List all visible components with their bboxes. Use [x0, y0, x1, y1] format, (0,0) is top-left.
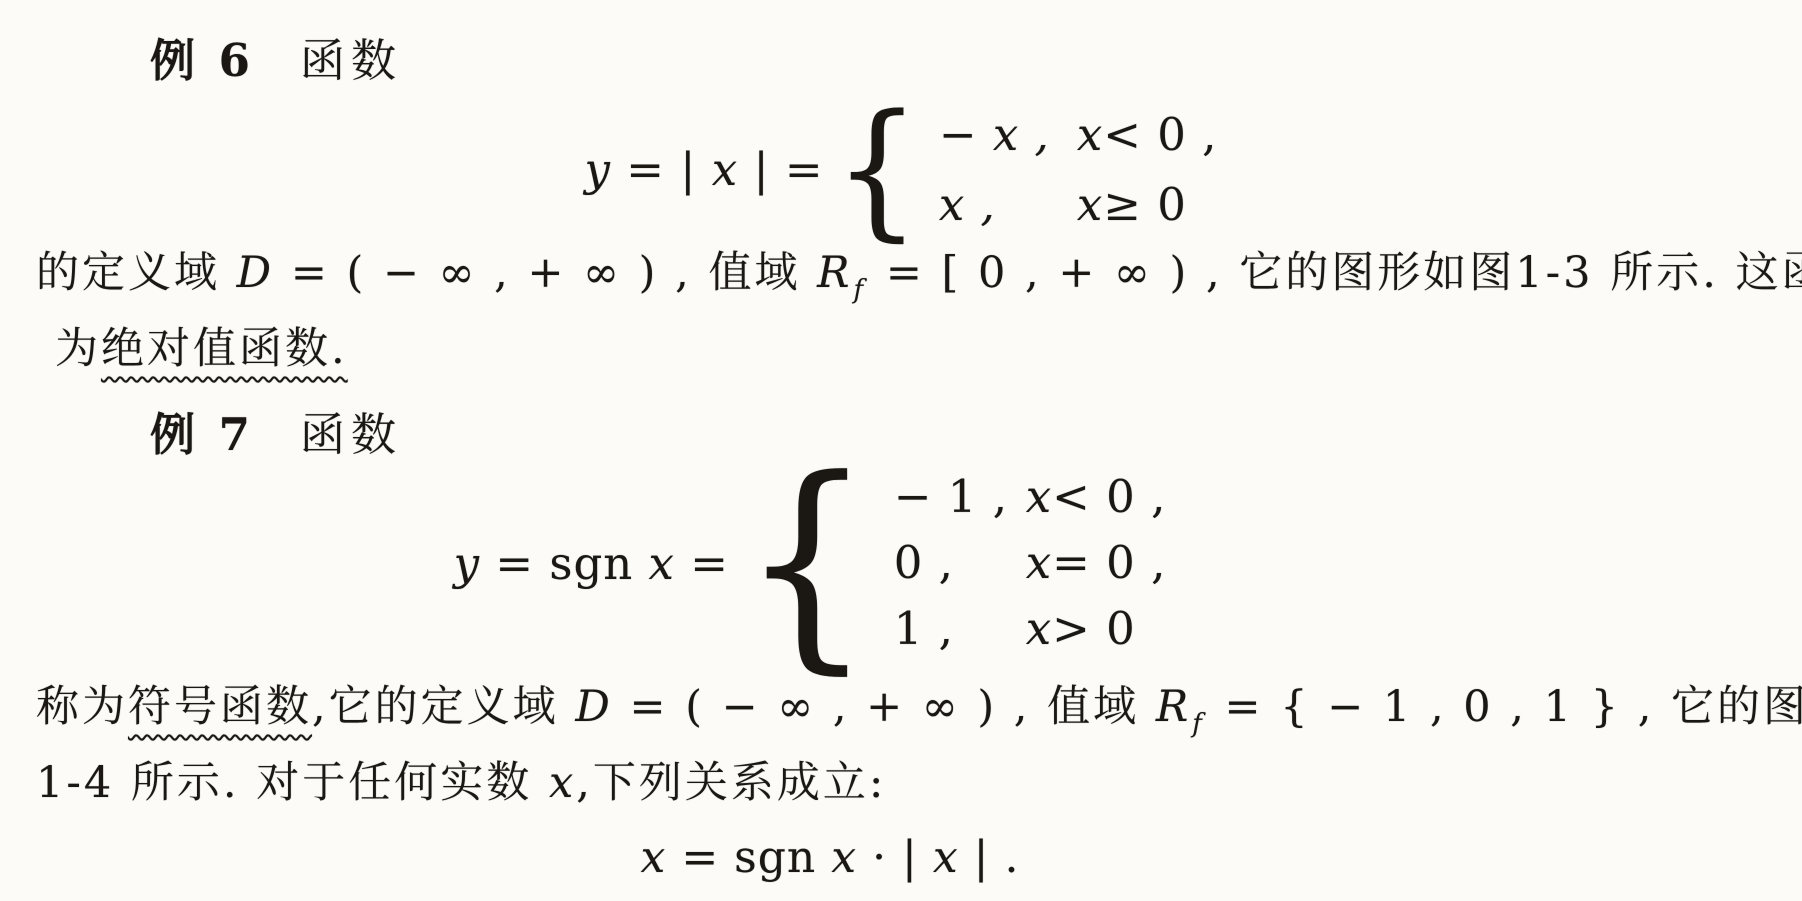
operator: =	[666, 832, 734, 883]
operator: | =	[738, 143, 823, 196]
formula2-cases: − 1 ,x < 0 , 0 ,x = 0 , 1 ,x > 0	[894, 464, 1167, 662]
operator: =	[675, 537, 729, 590]
text-segment: ,下列关系成立:	[576, 758, 886, 808]
case-row: 1 ,x > 0	[894, 596, 1167, 662]
paragraph-sign-function: 称为符号函数,它的定义域 D = ( − ∞ , + ∞ ) , 值域 Rf =…	[36, 686, 1802, 737]
case-condition: ≥ 0	[1103, 170, 1187, 240]
formula1-cases: − x ,x < 0 , x ,x ≥ 0	[939, 100, 1218, 240]
math-segment: = { − 1 , 0 , 1 } ,	[1208, 682, 1671, 732]
math-segment: = ( − ∞ , + ∞ ) ,	[274, 248, 708, 298]
text-segment: 它的图形如图1-3 所示. 这函数称	[1239, 248, 1802, 298]
var-D: D	[575, 682, 612, 732]
text-segment: 它的图形如图	[1671, 682, 1802, 732]
example6-word: 函数	[300, 34, 402, 87]
left-brace: {	[741, 473, 874, 654]
text-segment: 值域	[708, 248, 817, 298]
operator: = |	[611, 143, 712, 196]
text-segment: ,它的定义域	[312, 682, 575, 732]
case-condition-var: x	[1077, 100, 1103, 170]
operator: =	[480, 537, 549, 590]
left-brace: {	[833, 110, 921, 228]
example7-label: 例 7	[150, 408, 254, 461]
var-R: R	[1156, 682, 1191, 732]
case-value: x ,	[939, 170, 1077, 240]
subscript-f: f	[854, 275, 867, 305]
case-value: 0 ,	[894, 530, 1026, 596]
line-absolute-value-name: 为绝对值函数.	[55, 328, 348, 371]
case-condition-var: x	[1077, 170, 1103, 240]
textbook-page: 例 6函数 y = | x | = { − x ,x < 0 , x ,x ≥ …	[0, 0, 1802, 901]
formula1-lhs: y = | x | =	[585, 143, 824, 196]
operator: | .	[959, 832, 1020, 883]
case-condition-var: x	[1026, 464, 1052, 530]
text-segment: 所示. 对于任何实数	[131, 758, 549, 808]
case-row: x ,x ≥ 0	[939, 170, 1218, 240]
var-x: x	[649, 537, 675, 590]
var-y: y	[454, 537, 480, 590]
text-segment: 值域	[1047, 682, 1156, 732]
case-value: − 1 ,	[894, 464, 1026, 530]
math-segment: = ( − ∞ , + ∞ ) ,	[613, 682, 1047, 732]
example6-heading: 例 6函数	[150, 24, 402, 89]
sgn-function-name: sgn	[734, 832, 831, 883]
var-x: x	[933, 832, 959, 883]
text-segment: 的定义域	[36, 248, 237, 298]
case-row: − x ,x < 0 ,	[939, 100, 1218, 170]
sign-function-formula: y = sgn x = { − 1 ,x < 0 , 0 ,x = 0 , 1 …	[0, 458, 1620, 668]
line-figure-1-4: 1-4 所示. 对于任何实数 x,下列关系成立:	[36, 762, 886, 805]
subscript-f: f	[1192, 709, 1205, 739]
case-condition: = 0 ,	[1052, 530, 1166, 596]
sgn-function-name: sgn	[549, 537, 648, 590]
text-segment: 称为	[36, 682, 128, 732]
var-x: x	[712, 143, 738, 196]
case-row: − 1 ,x < 0 ,	[894, 464, 1167, 530]
figure-number: 1-4	[36, 758, 131, 808]
text-segment: 为	[55, 324, 101, 374]
var-x: x	[549, 758, 576, 808]
case-row: 0 ,x = 0 ,	[894, 530, 1167, 596]
case-condition-var: x	[1026, 530, 1052, 596]
identity-formula: x = sgn x · | x | .	[0, 832, 1660, 883]
var-D: D	[237, 248, 274, 298]
var-R: R	[817, 248, 852, 298]
term-absolute-value-function: 绝对值函数.	[101, 324, 348, 374]
paragraph-absolute-value: 的定义域 D = ( − ∞ , + ∞ ) , 值域 Rf = [ 0 , +…	[36, 252, 1802, 303]
formula2-lhs: y = sgn x =	[454, 537, 729, 590]
var-y: y	[585, 143, 611, 196]
case-condition-var: x	[1026, 596, 1052, 662]
case-value: 1 ,	[894, 596, 1026, 662]
case-condition: > 0	[1052, 596, 1136, 662]
term-sign-function: 符号函数	[128, 682, 312, 732]
example7-heading: 例 7函数	[150, 398, 402, 463]
var-x: x	[641, 832, 667, 883]
math-segment: = [ 0 , + ∞ ) ,	[869, 248, 1239, 298]
example6-label: 例 6	[150, 34, 254, 87]
example7-word: 函数	[300, 408, 402, 461]
case-condition: < 0 ,	[1052, 464, 1166, 530]
var-x: x	[831, 832, 857, 883]
case-condition: < 0 ,	[1103, 100, 1217, 170]
absolute-value-formula: y = | x | = { − x ,x < 0 , x ,x ≥ 0	[0, 92, 1802, 247]
case-value: − x ,	[939, 100, 1077, 170]
operator: · |	[857, 832, 933, 883]
